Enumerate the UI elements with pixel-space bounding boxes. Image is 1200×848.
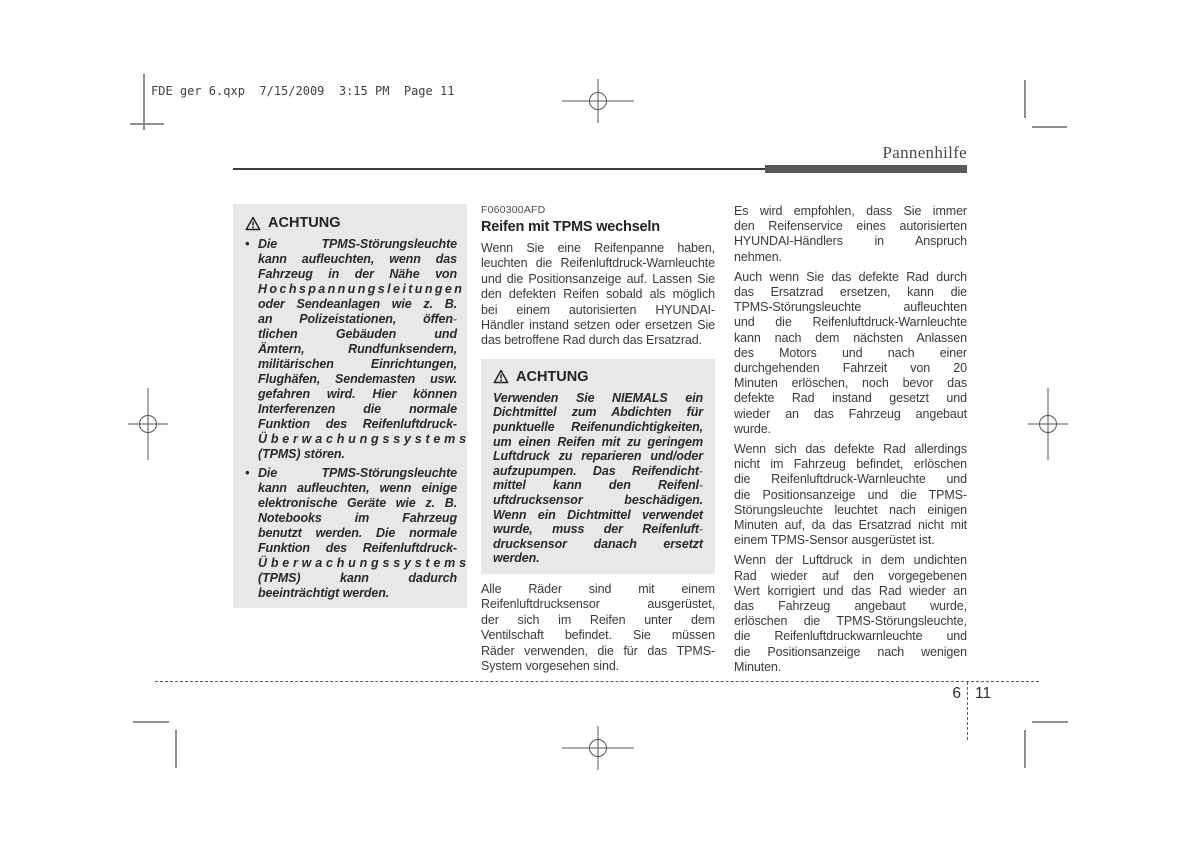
text-line: Funktion des Reifenluftdruck- bbox=[258, 541, 457, 556]
text-line: gefahren wird. Hier können bbox=[258, 387, 457, 402]
text-line: nehmen. bbox=[734, 250, 967, 265]
crop-mark-bottom-left-horizontal bbox=[133, 721, 169, 723]
text-line: Funktion des Reifenluftdruck- bbox=[258, 417, 457, 432]
text-line: die Reifenluftdruck-Warnleuchte und bbox=[734, 472, 967, 487]
text-line: Die TPMS-Störungsleuchte bbox=[258, 466, 457, 481]
text-line: benutzt werden. Die normale bbox=[258, 526, 457, 541]
text-line: System vorgesehen sind. bbox=[481, 659, 715, 674]
crop-mark-bottom-right-vertical bbox=[1024, 730, 1026, 768]
text-line: wurde, muss der Reifenluft- bbox=[493, 522, 703, 537]
text-line: und die Reifenluftdruck-Warnleuchte bbox=[734, 315, 967, 330]
warning-box-left: ACHTUNG • Die TPMS-Störungsleuchtekann a… bbox=[233, 204, 467, 608]
text-line: kann nach dem nächsten Anlassen bbox=[734, 331, 967, 346]
red-hyphen: - bbox=[699, 522, 703, 536]
text-line: Minuten auf, da das Ersatzrad nicht mit bbox=[734, 518, 967, 533]
paragraph: Wenn Sie eine Reifenpanne haben,leuchten… bbox=[481, 241, 715, 349]
text-line: kann aufleuchten, wenn einige bbox=[258, 481, 457, 496]
text-line: Fahrzeug in der Nähe von bbox=[258, 267, 457, 282]
warning-bullet-item: • Die TPMS-Störungsleuchtekann aufleucht… bbox=[245, 237, 457, 462]
text-line: Händler instand setzen oder ersetzen Sie bbox=[481, 318, 715, 333]
crop-mark-top-left-horizontal bbox=[130, 123, 164, 125]
text-line: TPMS-Störungsleuchte aufleuchten bbox=[734, 300, 967, 315]
text-line: (TPMS) kann dadurch bbox=[258, 571, 457, 586]
text-line: Überwachungssystems bbox=[258, 556, 457, 571]
text-line: um einen Reifen mit zu geringem bbox=[493, 435, 703, 450]
text-line: des Motors und nach einer bbox=[734, 346, 967, 361]
text-line: Dichtmittel zum Abdichten für bbox=[493, 405, 703, 420]
text-line: die Reifenluftdruckwarnleuchte und bbox=[734, 629, 967, 644]
crop-mark-top-right-horizontal bbox=[1032, 126, 1067, 128]
article-heading: Reifen mit TPMS wechseln bbox=[481, 219, 715, 235]
crop-mark-top-left-vertical bbox=[143, 74, 145, 130]
red-hyphen: - bbox=[699, 464, 703, 478]
text-line: uftdrucksensor beschädigen. bbox=[493, 493, 703, 508]
text-line: Luftdruck zu reparieren und/oder bbox=[493, 449, 703, 464]
text-line: Wenn sich das defekte Rad allerdings bbox=[734, 442, 967, 457]
text-line: Räder verwenden, die für das TPMS- bbox=[481, 644, 715, 659]
text-line: Auch wenn Sie das defekte Rad durch bbox=[734, 270, 967, 285]
warning-triangle-icon bbox=[245, 216, 261, 231]
text-line: Störungsleuchte leuchtet nach einigen bbox=[734, 503, 967, 518]
text-line: leuchten die Reifenluftdruck-Warnleuchte bbox=[481, 256, 715, 271]
text-line: beeinträchtigt werden. bbox=[258, 586, 457, 601]
text-line: Ämtern, Rundfunksendern, bbox=[258, 342, 457, 357]
text-line: tlichen Gebäuden und bbox=[258, 327, 457, 342]
text-line: Flughäfen, Sendemasten usw. bbox=[258, 372, 457, 387]
text-line: militärischen Einrichtungen, bbox=[258, 357, 457, 372]
warning-title-row: ACHTUNG bbox=[245, 215, 457, 231]
text-line: HYUNDAI-Händlers in Anspruch bbox=[734, 234, 967, 249]
text-line: kann aufleuchten, wenn das bbox=[258, 252, 457, 267]
text-line: Minuten. bbox=[734, 660, 967, 675]
text-line: punktuelle Reifenundichtigkeiten, bbox=[493, 420, 703, 435]
registration-mark-left bbox=[110, 386, 186, 462]
text-line: Überwachungssystems bbox=[258, 432, 457, 447]
text-line: die Positionsanzeige nach wenigen bbox=[734, 645, 967, 660]
text-line: mittel kann den Reifenl- bbox=[493, 478, 703, 493]
text-line: Interferenzen die normale bbox=[258, 402, 457, 417]
text-line: Wenn der Luftdruck in dem undichten bbox=[734, 553, 967, 568]
text-line: nicht im Fahrzeug befindet, erlöschen bbox=[734, 457, 967, 472]
column-middle: F060300AFD Reifen mit TPMS wechseln Wenn… bbox=[481, 204, 715, 674]
warning-title: ACHTUNG bbox=[516, 369, 589, 385]
registration-mark-right bbox=[1010, 386, 1086, 462]
crop-mark-top-right-vertical bbox=[1024, 80, 1026, 118]
warning-title-row: ACHTUNG bbox=[493, 369, 703, 385]
column-right: Es wird empfohlen, dass Sie immerden Rei… bbox=[734, 204, 967, 675]
text-line: das Fahrzeug angebaut wurde, bbox=[734, 599, 967, 614]
bullet-marker: • bbox=[245, 466, 258, 601]
fold-line-horizontal bbox=[155, 681, 1039, 682]
text-line: wurde. bbox=[734, 422, 967, 437]
text-line: Minuten erlöschen, noch bevor das bbox=[734, 376, 967, 391]
crop-mark-bottom-left-vertical bbox=[175, 730, 177, 768]
text-line: drucksensor danach ersetzt bbox=[493, 537, 703, 552]
warning-title: ACHTUNG bbox=[268, 215, 341, 231]
registration-mark-bottom-center bbox=[560, 710, 636, 786]
text-line: defekte Rad instand gesetzt und bbox=[734, 391, 967, 406]
red-hyphen: - bbox=[453, 312, 457, 326]
text-line: bei einem autorisierten HYUNDAI- bbox=[481, 303, 715, 318]
text-line: oder Sendeanlagen wie z. B. bbox=[258, 297, 457, 312]
text-line: aufzupumpen. Das Reifendicht- bbox=[493, 464, 703, 479]
bullet-marker: • bbox=[245, 237, 258, 462]
paragraph: Wenn sich das defekte Rad allerdingsnich… bbox=[734, 442, 967, 548]
text-line: Hochspannungsleitungen bbox=[258, 282, 457, 297]
text-line: Alle Räder sind mit einem bbox=[481, 582, 715, 597]
paragraph: Es wird empfohlen, dass Sie immerden Rei… bbox=[734, 204, 967, 265]
header-bar bbox=[765, 165, 967, 173]
paragraph: Wenn der Luftdruck in dem undichtenRad w… bbox=[734, 553, 967, 675]
text-line: das betroffene Rad durch das Ersatzrad. bbox=[481, 333, 715, 348]
text-line: Die TPMS-Störungsleuchte bbox=[258, 237, 457, 252]
text-line: Ventilschaft befindet. Sie müssen bbox=[481, 628, 715, 643]
text-line: Wenn ein Dichtmittel verwendet bbox=[493, 508, 703, 523]
warning-bullet-item: • Die TPMS-Störungsleuchtekann aufleucht… bbox=[245, 466, 457, 601]
text-line: der sich im Reifen unter dem bbox=[481, 613, 715, 628]
text-line: an Polizeistationen, öffen- bbox=[258, 312, 457, 327]
text-line: werden. bbox=[493, 551, 703, 566]
bullet-text: Die TPMS-Störungsleuchtekann aufleuchten… bbox=[258, 466, 457, 601]
text-line: und die Positionsanzeige auf. Lassen Sie bbox=[481, 272, 715, 287]
text-line: Rad wieder auf den vorgegebenen bbox=[734, 569, 967, 584]
text-line: die Positionsanzeige und die TPMS- bbox=[734, 488, 967, 503]
bullet-text: Die TPMS-Störungsleuchtekann aufleuchten… bbox=[258, 237, 457, 462]
text-line: Wert korrigiert und das Rad wieder an bbox=[734, 584, 967, 599]
text-line: Verwenden Sie NIEMALS ein bbox=[493, 391, 703, 406]
red-hyphen: - bbox=[699, 478, 703, 492]
text-line: den defekten Reifen sobald als möglich bbox=[481, 287, 715, 302]
fold-line-vertical bbox=[967, 682, 968, 740]
section-title: Pannenhilfe bbox=[733, 143, 967, 163]
paragraph: Alle Räder sind mit einemReifenluftdruck… bbox=[481, 582, 715, 674]
page-number: 11 bbox=[975, 685, 991, 703]
text-line: Reifenluftdrucksensor ausgerüstet, bbox=[481, 597, 715, 612]
text-line: das Ersatzrad ersetzen, kann die bbox=[734, 285, 967, 300]
text-line: einem TPMS-Sensor ausgerüstet ist. bbox=[734, 533, 967, 548]
crop-mark-bottom-right-horizontal bbox=[1032, 721, 1068, 723]
text-line: Es wird empfohlen, dass Sie immer bbox=[734, 204, 967, 219]
text-line: Notebooks im Fahrzeug bbox=[258, 511, 457, 526]
registration-mark-top-center bbox=[560, 63, 636, 139]
paragraph: Auch wenn Sie das defekte Rad durchdas E… bbox=[734, 270, 967, 437]
print-proof-header: FDE ger 6.qxp 7/15/2009 3:15 PM Page 11 bbox=[151, 84, 454, 98]
text-line: den Reifenservice eines autorisierten bbox=[734, 219, 967, 234]
warning-triangle-icon bbox=[493, 369, 509, 384]
text-line: elektronische Geräte wie z. B. bbox=[258, 496, 457, 511]
text-line: durchgehenden Fahrzeit von 20 bbox=[734, 361, 967, 376]
text-line: erlöschen die TPMS-Störungsleuchte, bbox=[734, 614, 967, 629]
warning-text: Verwenden Sie NIEMALS einDichtmittel zum… bbox=[493, 391, 703, 566]
text-line: (TPMS) stören. bbox=[258, 447, 457, 462]
text-line: wieder an das Fahrzeug angebaut bbox=[734, 407, 967, 422]
warning-box-middle: ACHTUNG Verwenden Sie NIEMALS einDichtmi… bbox=[481, 359, 715, 574]
chapter-number: 6 bbox=[939, 685, 961, 703]
text-line: Wenn Sie eine Reifenpanne haben, bbox=[481, 241, 715, 256]
section-code: F060300AFD bbox=[481, 204, 715, 216]
manual-page-scan: FDE ger 6.qxp 7/15/2009 3:15 PM Page 11 … bbox=[0, 0, 1200, 848]
